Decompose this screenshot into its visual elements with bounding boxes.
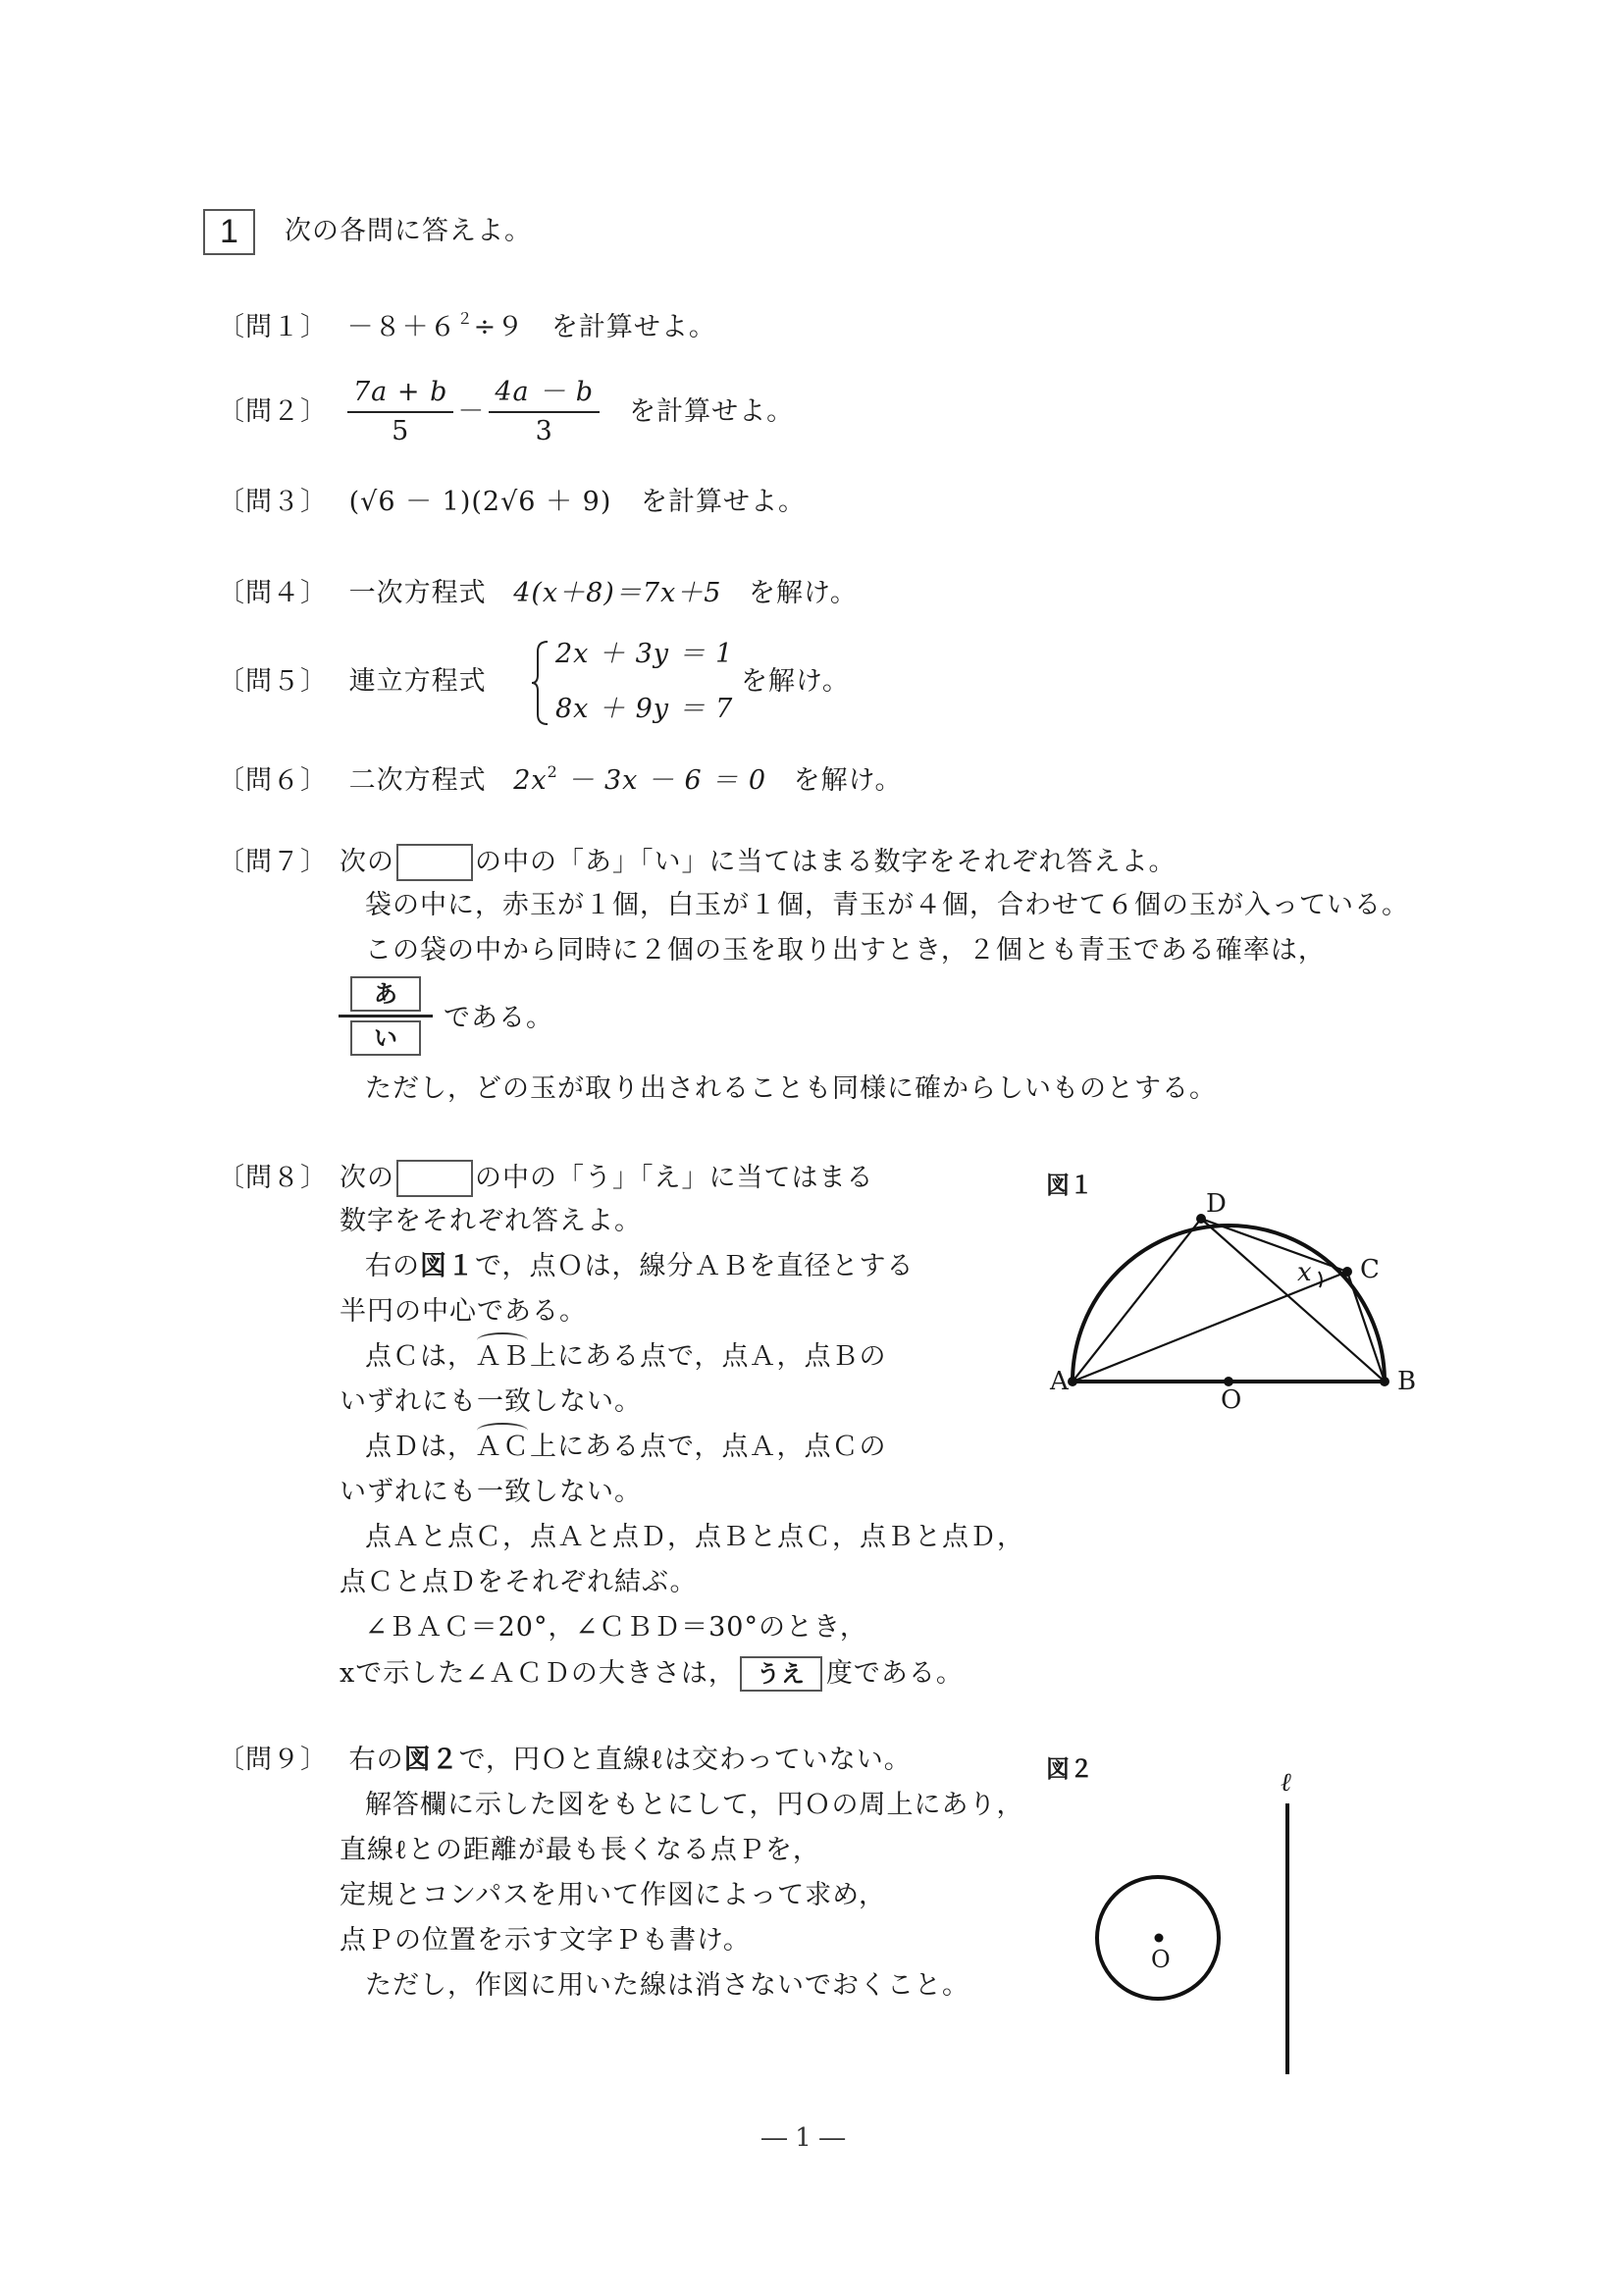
q9-line1-post: で，円Ｏと直線ℓは交わっていない。 [459, 1745, 912, 1775]
q8-line6: いずれにも一致しない。 [340, 1385, 642, 1419]
fig1-point-d: D [1206, 1189, 1227, 1219]
q1-suffix: を計算せよ。 [551, 312, 716, 342]
q1-expr-a: －８＋６ [347, 312, 457, 342]
q9-line6: ただし，作図に用いた線は消さないでおくこと。 [365, 1969, 969, 2003]
section-instruction: 次の各問に答えよ。 [285, 215, 532, 248]
q9-label: 〔問９〕 [218, 1745, 328, 1775]
figure-2-label: 図２ [1046, 1749, 1093, 1784]
q6-label: 〔問６〕 [218, 765, 328, 796]
q2-fraction-1: 7a + b 5 [347, 376, 453, 448]
q5-type: 連立方程式 [349, 666, 487, 697]
q8-line7-pre: 点Ｄは， [365, 1432, 475, 1462]
q7-line1-pre: 次の [340, 846, 394, 879]
q8-line12-post: 度である。 [826, 1657, 964, 1691]
question-9: 〔問９〕 右の図２で，円Ｏと直線ℓは交わっていない。 [218, 1744, 912, 1777]
answer-box-i[interactable]: い [350, 1020, 421, 1056]
question-3: 〔問３〕 (√6 － 1)(2√6 ＋ 9) を計算せよ。 [218, 486, 806, 519]
page-number: ― 1 ― [761, 2123, 845, 2153]
question-6: 〔問６〕 二次方程式 2x2 － 3x － 6 ＝ 0 を解け。 [218, 756, 903, 798]
section-number: 1 [220, 213, 238, 251]
fig1-angle-x: x [1297, 1258, 1312, 1287]
q8-line4: 半円の中心である。 [340, 1295, 587, 1329]
q4-suffix: を解け。 [749, 578, 858, 608]
q3-suffix: を計算せよ。 [641, 487, 806, 517]
q8-line8: いずれにも一致しない。 [340, 1476, 642, 1509]
q6-expr-a: 2x [513, 765, 547, 796]
q8-line7-post: 上にある点で，点Ａ，点Ｃの [530, 1432, 886, 1462]
q8-line3-pre: 右の [365, 1251, 420, 1281]
q3-label: 〔問３〕 [218, 487, 328, 517]
q9-line5: 点Ｐの位置を示す文字Ｐも書け。 [340, 1924, 751, 1957]
fig1-point-o: O [1221, 1385, 1241, 1415]
q1-label: 〔問１〕 [218, 312, 328, 342]
q8-line1-pre: 次の [340, 1162, 394, 1195]
figure-2-circle-line-diagram [1079, 1796, 1315, 2090]
q7-line4-suffix: である。 [444, 1002, 553, 1035]
q5-brace-icon [530, 638, 553, 728]
fraction-bar [339, 1015, 433, 1018]
arc-ab: ＡＢ [475, 1340, 530, 1374]
question-8: 〔問８〕 次の の中の「う」「え」に当てはまる [218, 1160, 874, 1197]
answer-box-ue[interactable]: うえ [740, 1656, 822, 1692]
q8-line3-post: で，点Ｏは，線分ＡＢを直径とする [475, 1251, 914, 1281]
q8-line3: 右の図１で，点Ｏは，線分ＡＢを直径とする [365, 1250, 914, 1283]
fig2-center-o: O [1151, 1946, 1171, 1973]
q8-line12-pre: xで示した∠ＡＣＤの大きさは， [340, 1657, 736, 1691]
q8-line11: ∠ＢＡＣ＝20°，∠ＣＢＤ＝30°のとき， [365, 1611, 867, 1644]
answer-box-a[interactable]: あ [350, 976, 421, 1012]
q8-line5: 点Ｃは，ＡＢ上にある点で，点Ａ，点Ｂの [365, 1340, 886, 1374]
q4-equation: 4(x＋8)＝7x＋5 [513, 578, 721, 608]
fig1-point-b: B [1397, 1367, 1416, 1396]
q9-fig-ref: 図２ [404, 1745, 459, 1775]
q7-label: 〔問７〕 [218, 846, 328, 879]
q5-equation-2: 8x ＋ 9y ＝ 7 [555, 693, 733, 726]
fig1-point-c: C [1360, 1255, 1380, 1284]
q7-answer-fraction: あ い [339, 976, 433, 1056]
q2-frac2-numerator: 4a － b [489, 376, 600, 413]
q8-line7: 点Ｄは，ＡＣ上にある点で，点Ａ，点Ｃの [365, 1431, 886, 1464]
q8-line10: 点Ｃと点Ｄをそれぞれ結ぶ。 [340, 1566, 698, 1599]
q6-expr-b: － 3x － 6 ＝ 0 [558, 765, 766, 796]
q2-frac1-denominator: 5 [392, 413, 409, 448]
q4-type: 一次方程式 [349, 578, 487, 608]
q7-line2: 袋の中に，赤玉が１個，白玉が１個，青玉が４個，合わせて６個の玉が入っている。 [365, 889, 1409, 922]
q5-suffix: を解け。 [741, 665, 850, 699]
q5-label-row: 〔問５〕 連立方程式 [218, 665, 487, 699]
q1-expr-b: ÷９ [474, 312, 525, 342]
q2-suffix: を計算せよ。 [629, 395, 794, 429]
fig2-line-label: ℓ [1281, 1768, 1291, 1798]
fig1-point-a: A [1050, 1367, 1069, 1396]
q2-operator: － [457, 395, 485, 429]
q8-line5-pre: 点Ｃは， [365, 1341, 475, 1372]
question-2: 〔問２〕 7a + b 5 － 4a － b 3 を計算せよ。 [218, 376, 794, 448]
q9-line3: 直線ℓとの距離が最も長くなる点Ｐを， [340, 1834, 820, 1867]
q8-line1-post: の中の「う」「え」に当てはまる [475, 1162, 874, 1195]
q1-exponent: ２ [457, 309, 474, 328]
q8-fig-ref: 図１ [420, 1251, 475, 1281]
q7-line3: この袋の中から同時に２個の玉を取り出すとき，２個とも青玉である確率は， [365, 934, 1326, 967]
q8-line5-post: 上にある点で，点Ａ，点Ｂの [530, 1341, 886, 1372]
q8-blank-box [396, 1160, 473, 1197]
q7-line5: ただし，どの玉が取り出されることも同様に確からしいものとする。 [365, 1072, 1217, 1106]
q3-expression: (√6 － 1)(2√6 ＋ 9) [349, 487, 612, 517]
q2-label: 〔問２〕 [218, 395, 328, 429]
arc-ac: ＡＣ [475, 1431, 530, 1464]
q8-line9: 点Ａと点Ｃ，点Ａと点Ｄ，点Ｂと点Ｃ，点Ｂと点Ｄ， [365, 1521, 1024, 1554]
q2-frac2-denominator: 3 [536, 413, 553, 448]
q9-line4: 定規とコンパスを用いて作図によって求め， [340, 1879, 886, 1912]
q2-frac1-numerator: 7a + b [347, 376, 453, 413]
q7-line1-post: の中の「あ」「い」に当てはまる数字をそれぞれ答えよ。 [475, 846, 1177, 879]
q8-line2: 数字をそれぞれ答えよ。 [340, 1205, 642, 1238]
q2-fraction-2: 4a － b 3 [489, 376, 600, 448]
q8-label: 〔問８〕 [218, 1162, 328, 1195]
q9-line2: 解答欄に示した図をもとにして，円Ｏの周上にあり， [365, 1789, 1023, 1822]
q5-equation-1: 2x ＋ 3y ＝ 1 [555, 638, 733, 671]
q6-type: 二次方程式 [349, 765, 487, 796]
question-7: 〔問７〕 次の の中の「あ」「い」に当てはまる数字をそれぞれ答えよ。 [218, 844, 1177, 881]
q8-line12: xで示した∠ＡＣＤの大きさは， うえ 度である。 [340, 1656, 964, 1692]
q6-exponent: 2 [548, 762, 558, 781]
question-4: 〔問４〕 一次方程式 4(x＋8)＝7x＋5 を解け。 [218, 577, 858, 610]
q9-line1-pre: 右の [349, 1745, 404, 1775]
question-1: 〔問１〕 －８＋６２÷９ を計算せよ。 [218, 302, 716, 344]
q5-label: 〔問５〕 [218, 666, 328, 697]
q7-blank-box [396, 844, 473, 881]
section-number-box: 1 [203, 209, 255, 255]
q6-suffix: を解け。 [794, 765, 903, 796]
q4-label: 〔問４〕 [218, 578, 328, 608]
